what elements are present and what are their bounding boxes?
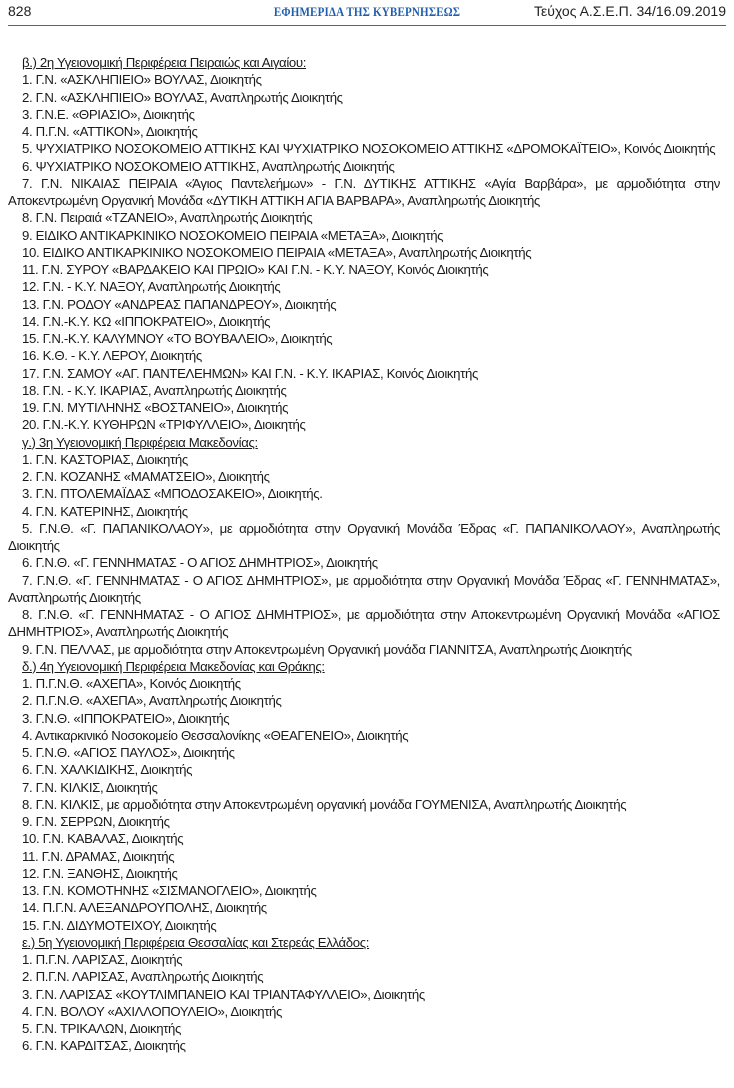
section-title: ε.) 5η Υγειονομική Περιφέρεια Θεσσαλίας … [8,934,720,951]
list-item: 1. Π.Γ.Ν. ΛΑΡΙΣΑΣ, Διοικητής [8,951,720,968]
list-item: 6. Γ.Ν. ΚΑΡΔΙΤΣΑΣ, Διοικητής [8,1037,720,1054]
list-item: 18. Γ.Ν. - Κ.Υ. ΙΚΑΡΙΑΣ, Αναπληρωτής Διο… [8,382,720,399]
list-item: 7. Γ.Ν.Θ. «Γ. ΓΕΝΝΗΜΑΤΑΣ - Ο ΑΓΙΟΣ ΔΗΜΗΤ… [8,572,720,607]
list-item: 10. ΕΙΔΙΚΟ ΑΝΤΙΚΑΡΚΙΝΙΚΟ ΝΟΣΟΚΟΜΕΙΟ ΠΕΙΡ… [8,244,720,261]
list-item: 1. Π.Γ.Ν.Θ. «ΑΧΕΠΑ», Κοινός Διοικητής [8,675,720,692]
list-item: 8. Γ.Ν. Πειραιά «ΤΖΑΝΕΙΟ», Αναπληρωτής Δ… [8,209,720,226]
list-item: 3. Γ.Ν. ΛΑΡΙΣΑΣ «ΚΟΥΤΛΙΜΠΑΝΕΙΟ ΚΑΙ ΤΡΙΑΝ… [8,986,720,1003]
list-item: 5. Γ.Ν.Θ. «ΑΓΙΟΣ ΠΑΥΛΟΣ», Διοικητής [8,744,720,761]
list-item: 11. Γ.Ν. ΣΥΡΟΥ «ΒΑΡΔΑΚΕΙΟ ΚΑΙ ΠΡΩΙΟ» ΚΑΙ… [8,261,720,278]
issue-info: Τεύχος Α.Σ.Ε.Π. 34/16.09.2019 [534,3,726,19]
list-item: 4. Π.Γ.Ν. «ΑΤΤΙΚΟΝ», Διοικητής [8,123,720,140]
page-header: 828 ΕΦΗΜΕΡΙΔΑ ΤΗΣ ΚΥΒΕΡΝΗΣΕΩΣ Τεύχος Α.Σ… [8,0,726,26]
list-item: 11. Γ.Ν. ΔΡΑΜΑΣ, Διοικητής [8,848,720,865]
list-item: 5. Γ.Ν.Θ. «Γ. ΠΑΠΑΝΙΚΟΛΑΟΥ», με αρμοδιότ… [8,520,720,555]
section-title: β.) 2η Υγειονομική Περιφέρεια Πειραιώς κ… [8,54,720,71]
list-item: 9. ΕΙΔΙΚΟ ΑΝΤΙΚΑΡΚΙΝΙΚΟ ΝΟΣΟΚΟΜΕΙΟ ΠΕΙΡΑ… [8,227,720,244]
list-item: 1. Γ.Ν. «ΑΣΚΛΗΠΙΕΙΟ» ΒΟΥΛΑΣ, Διοικητής [8,71,720,88]
list-item: 13. Γ.Ν. ΡΟΔΟΥ «ΑΝΔΡΕΑΣ ΠΑΠΑΝΔΡΕΟΥ», Διο… [8,296,720,313]
list-item: 6. Γ.Ν. ΧΑΛΚΙΔΙΚΗΣ, Διοικητής [8,761,720,778]
list-item: 6. Γ.Ν.Θ. «Γ. ΓΕΝΝΗΜΑΤΑΣ - Ο ΑΓΙΟΣ ΔΗΜΗΤ… [8,554,720,571]
list-item: 8. Γ.Ν.Θ. «Γ. ΓΕΝΝΗΜΑΤΑΣ - Ο ΑΓΙΟΣ ΔΗΜΗΤ… [8,606,720,641]
list-item: 16. Κ.Θ. - Κ.Υ. ΛΕΡΟΥ, Διοικητής [8,347,720,364]
list-item: 6. ΨΥΧΙΑΤΡΙΚΟ ΝΟΣΟΚΟΜΕΙΟ ΑΤΤΙΚΗΣ, Αναπλη… [8,158,720,175]
list-item: 15. Γ.Ν.-Κ.Υ. ΚΑΛΥΜΝΟΥ «ΤΟ ΒΟΥΒΑΛΕΙΟ», Δ… [8,330,720,347]
list-item: 5. Γ.Ν. ΤΡΙΚΑΛΩΝ, Διοικητής [8,1020,720,1037]
list-item: 4. Αντικαρκινικό Νοσοκομείο Θεσσαλονίκης… [8,727,720,744]
list-item: 14. Π.Γ.Ν. ΑΛΕΞΑΝΔΡΟΥΠΟΛΗΣ, Διοικητής [8,899,720,916]
list-item: 7. Γ.Ν. ΝΙΚΑΙΑΣ ΠΕΙΡΑΙΑ «Άγιος Παντελεήμ… [8,175,720,210]
list-item: 5. ΨΥΧΙΑΤΡΙΚΟ ΝΟΣΟΚΟΜΕΙΟ ΑΤΤΙΚΗΣ ΚΑΙ ΨΥΧ… [8,140,720,157]
list-item: 15. Γ.Ν. ΔΙΔΥΜΟΤΕΙΧΟΥ, Διοικητής [8,917,720,934]
list-item: 8. Γ.Ν. ΚΙΛΚΙΣ, με αρμοδιότητα στην Αποκ… [8,796,720,813]
list-item: 10. Γ.Ν. ΚΑΒΑΛΑΣ, Διοικητής [8,830,720,847]
list-item: 3. Γ.Ν.Θ. «ΙΠΠΟΚΡΑΤΕΙΟ», Διοικητής [8,710,720,727]
list-item: 14. Γ.Ν.-Κ.Υ. ΚΩ «ΙΠΠΟΚΡΑΤΕΙΟ», Διοικητή… [8,313,720,330]
list-item: 9. Γ.Ν. ΠΕΛΛΑΣ, με αρμοδιότητα στην Αποκ… [8,641,720,658]
list-item: 4. Γ.Ν. ΚΑΤΕΡΙΝΗΣ, Διοικητής [8,503,720,520]
list-item: 1. Γ.Ν. ΚΑΣΤΟΡΙΑΣ, Διοικητής [8,451,720,468]
list-item: 3. Γ.Ν. ΠΤΟΛΕΜΑΪΔΑΣ «ΜΠΟΔΟΣΑΚΕΙΟ», Διοικ… [8,485,720,502]
list-item: 2. Π.Γ.Ν. ΛΑΡΙΣΑΣ, Αναπληρωτής Διοικητής [8,968,720,985]
list-item: 13. Γ.Ν. ΚΟΜΟΤΗΝΗΣ «ΣΙΣΜΑΝΟΓΛΕΙΟ», Διοικ… [8,882,720,899]
list-item: 17. Γ.Ν. ΣΑΜΟΥ «ΑΓ. ΠΑΝΤΕΛΕΗΜΩΝ» ΚΑΙ Γ.Ν… [8,365,720,382]
list-item: 4. Γ.Ν. ΒΟΛΟΥ «ΑΧΙΛΛΟΠΟΥΛΕΙΟ», Διοικητής [8,1003,720,1020]
list-item: 9. Γ.Ν. ΣΕΡΡΩΝ, Διοικητής [8,813,720,830]
list-item: 2. Π.Γ.Ν.Θ. «ΑΧΕΠΑ», Αναπληρωτής Διοικητ… [8,692,720,709]
list-item: 19. Γ.Ν. ΜΥΤΙΛΗΝΗΣ «ΒΟΣΤΑΝΕΙΟ», Διοικητή… [8,399,720,416]
list-item: 7. Γ.Ν. ΚΙΛΚΙΣ, Διοικητής [8,779,720,796]
document-body: β.) 2η Υγειονομική Περιφέρεια Πειραιώς κ… [8,54,720,1055]
list-item: 2. Γ.Ν. ΚΟΖΑΝΗΣ «ΜΑΜΑΤΣΕΙΟ», Διοικητής [8,468,720,485]
list-item: 2. Γ.Ν. «ΑΣΚΛΗΠΙΕΙΟ» ΒΟΥΛΑΣ, Αναπληρωτής… [8,89,720,106]
list-item: 20. Γ.Ν.-Κ.Υ. ΚΥΘΗΡΩΝ «ΤΡΙΦΥΛΛΕΙΟ», Διοι… [8,416,720,433]
list-item: 12. Γ.Ν. ΞΑΝΘΗΣ, Διοικητής [8,865,720,882]
page-number: 828 [8,3,31,19]
section-title: δ.) 4η Υγειονομική Περιφέρεια Μακεδονίας… [8,658,720,675]
section-title: γ.) 3η Υγειονομική Περιφέρεια Μακεδονίας… [8,434,720,451]
list-item: 3. Γ.Ν.Ε. «ΘΡΙΑΣΙΟ», Διοικητής [8,106,720,123]
list-item: 12. Γ.Ν. - Κ.Υ. ΝΑΞΟΥ, Αναπληρωτής Διοικ… [8,278,720,295]
